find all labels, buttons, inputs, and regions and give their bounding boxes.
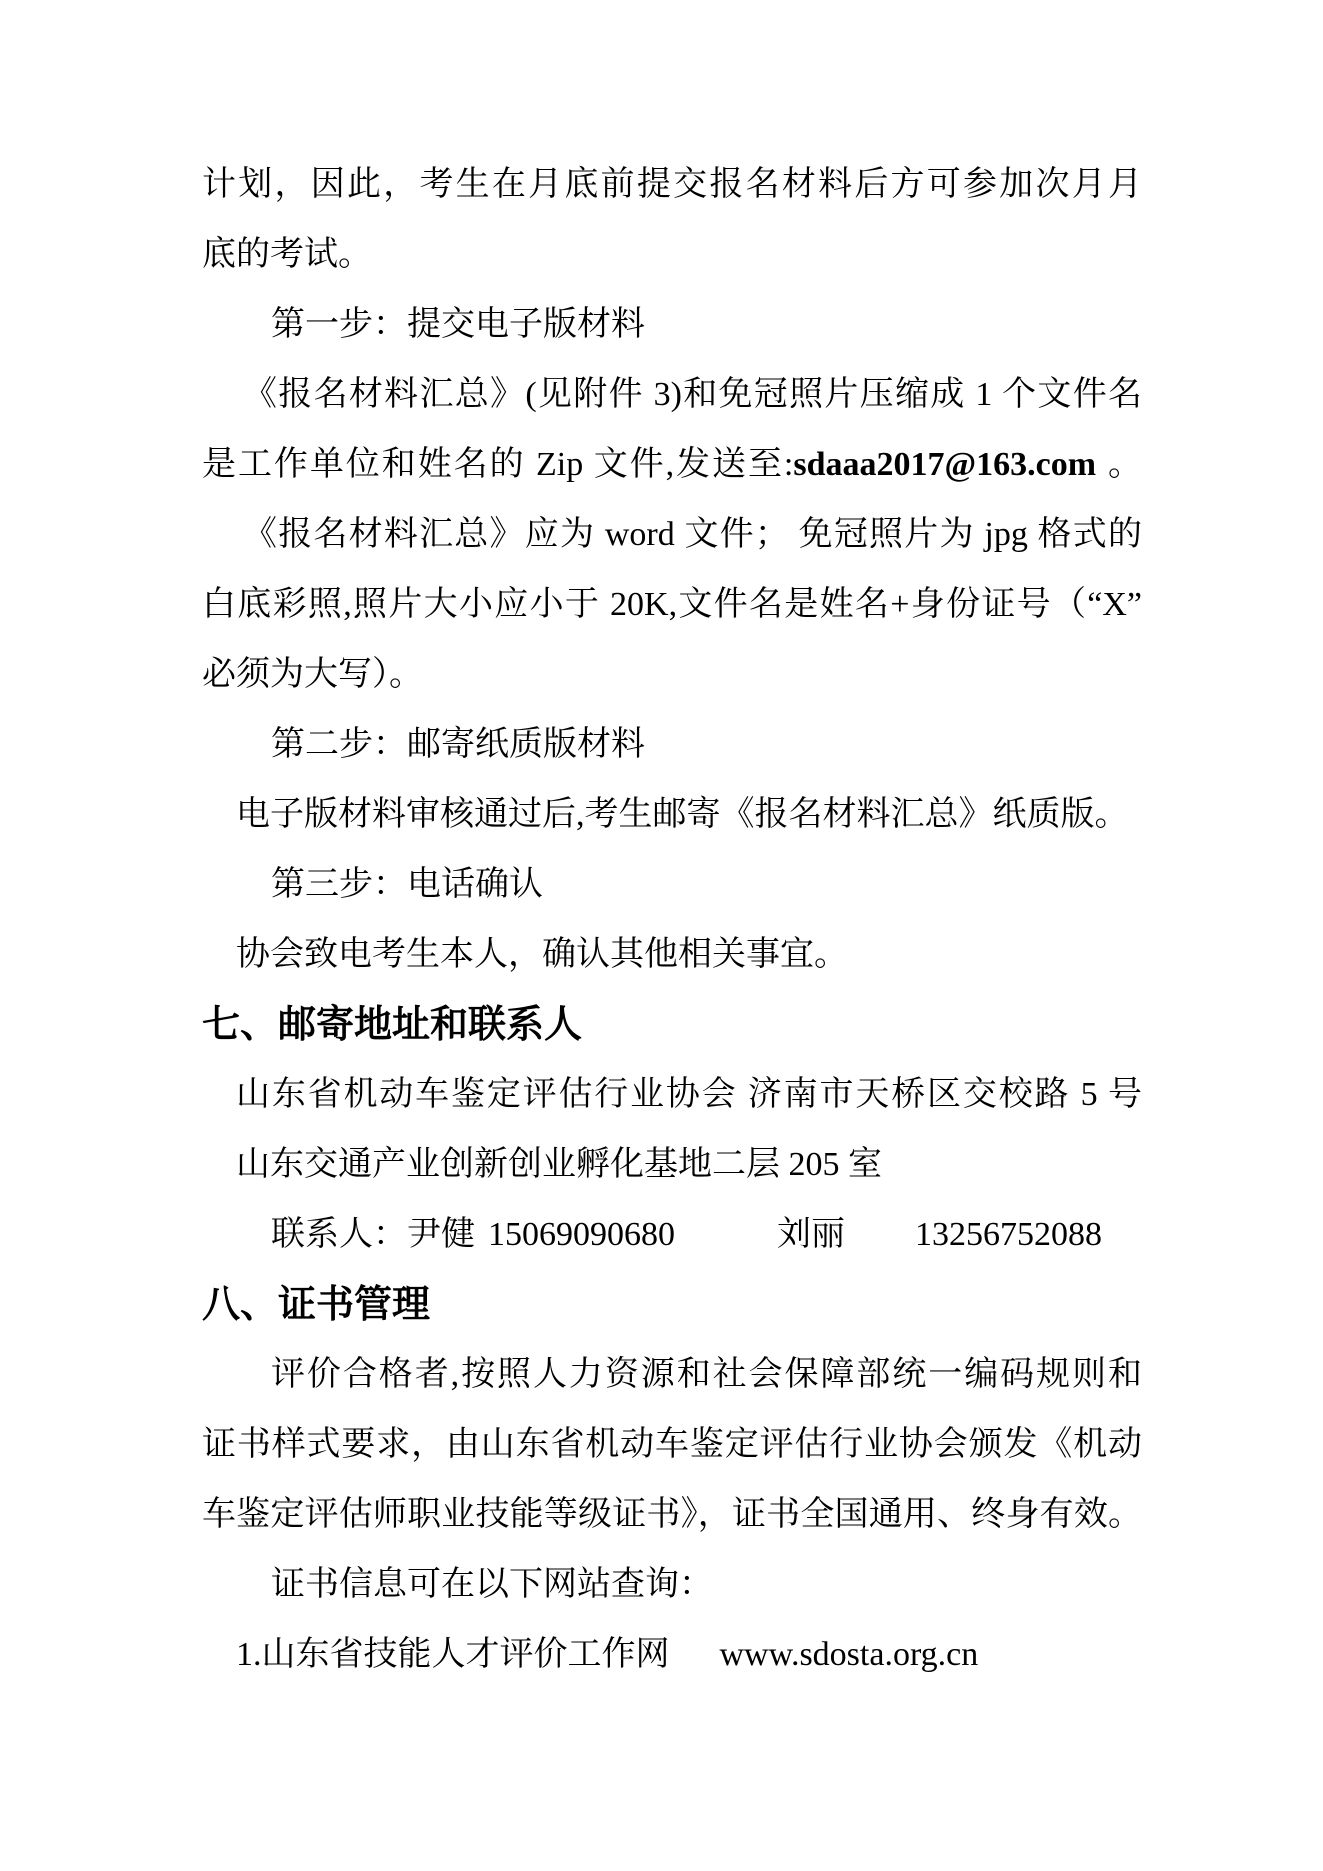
mailing-address-line-2: 山东交通产业创新创业孵化基地二层 205 室 bbox=[202, 1130, 1142, 1200]
section-7-heading: 七、邮寄地址和联系人 bbox=[202, 990, 1142, 1060]
intro-line-1: 计划，因此，考生在月底前提交报名材料后方可参加次月月 bbox=[202, 150, 1142, 220]
intro-line-2: 底的考试。 bbox=[202, 220, 1142, 290]
contact-1-phone: 15069090680 bbox=[488, 1216, 675, 1253]
email-line-prefix: 是工作单位和姓名的 Zip 文件,发送至: bbox=[202, 446, 793, 483]
certificate-query-note: 证书信息可在以下网站查询： bbox=[202, 1550, 1142, 1620]
step3-body: 协会致电考生本人，确认其他相关事宜。 bbox=[202, 920, 1142, 990]
step1-paragraph2-line2: 白底彩照,照片大小应小于 20K,文件名是姓名+身份证号（“X” bbox=[202, 570, 1142, 640]
step1-paragraph1-line1: 《报名材料汇总》(见附件 3)和免冠照片压缩成 1 个文件名 bbox=[202, 360, 1142, 430]
email-address: sdaaa2017@163.com bbox=[793, 446, 1096, 483]
step1-title: 第一步：提交电子版材料 bbox=[202, 290, 1142, 360]
step2-body: 电子版材料审核通过后,考生邮寄《报名材料汇总》纸质版。 bbox=[202, 780, 1142, 850]
step1-paragraph2-line3: 必须为大写）。 bbox=[202, 640, 1142, 710]
email-line-suffix: 。 bbox=[1106, 446, 1142, 483]
contact-2-name: 刘丽 bbox=[777, 1216, 845, 1253]
contacts-line: 联系人：尹健15069090680刘丽13256752088 bbox=[202, 1200, 1142, 1270]
document-page: 计划，因此，考生在月底前提交报名材料后方可参加次月月 底的考试。 第一步：提交电… bbox=[0, 0, 1323, 1871]
query-site-label: 1.山东省技能人才评价工作网 bbox=[236, 1636, 670, 1673]
certificate-paragraph-line3: 车鉴定评估师职业技能等级证书》，证书全国通用、终身有效。 bbox=[202, 1480, 1142, 1550]
contact-2-phone: 13256752088 bbox=[915, 1216, 1102, 1253]
contacts-label: 联系人： bbox=[271, 1216, 407, 1253]
step3-title: 第三步：电话确认 bbox=[202, 850, 1142, 920]
contact-1-name: 尹健 bbox=[407, 1216, 475, 1253]
step1-paragraph2-line1: 《报名材料汇总》应为 word 文件； 免冠照片为 jpg 格式的 bbox=[202, 500, 1142, 570]
certificate-paragraph-line2: 证书样式要求，由山东省机动车鉴定评估行业协会颁发《机动 bbox=[202, 1410, 1142, 1480]
website-url: www.sdosta.org.cn bbox=[720, 1636, 979, 1673]
step1-paragraph1-line2: 是工作单位和姓名的 Zip 文件,发送至:sdaaa2017@163.com。 bbox=[202, 430, 1142, 500]
certificate-paragraph-line1: 评价合格者,按照人力资源和社会保障部统一编码规则和 bbox=[202, 1340, 1142, 1410]
query-site-line: 1.山东省技能人才评价工作网www.sdosta.org.cn bbox=[202, 1620, 1142, 1690]
section-8-heading: 八、证书管理 bbox=[202, 1270, 1142, 1340]
mailing-address-line-1: 山东省机动车鉴定评估行业协会 济南市天桥区交校路 5 号 bbox=[202, 1060, 1142, 1130]
step2-title: 第二步：邮寄纸质版材料 bbox=[202, 710, 1142, 780]
